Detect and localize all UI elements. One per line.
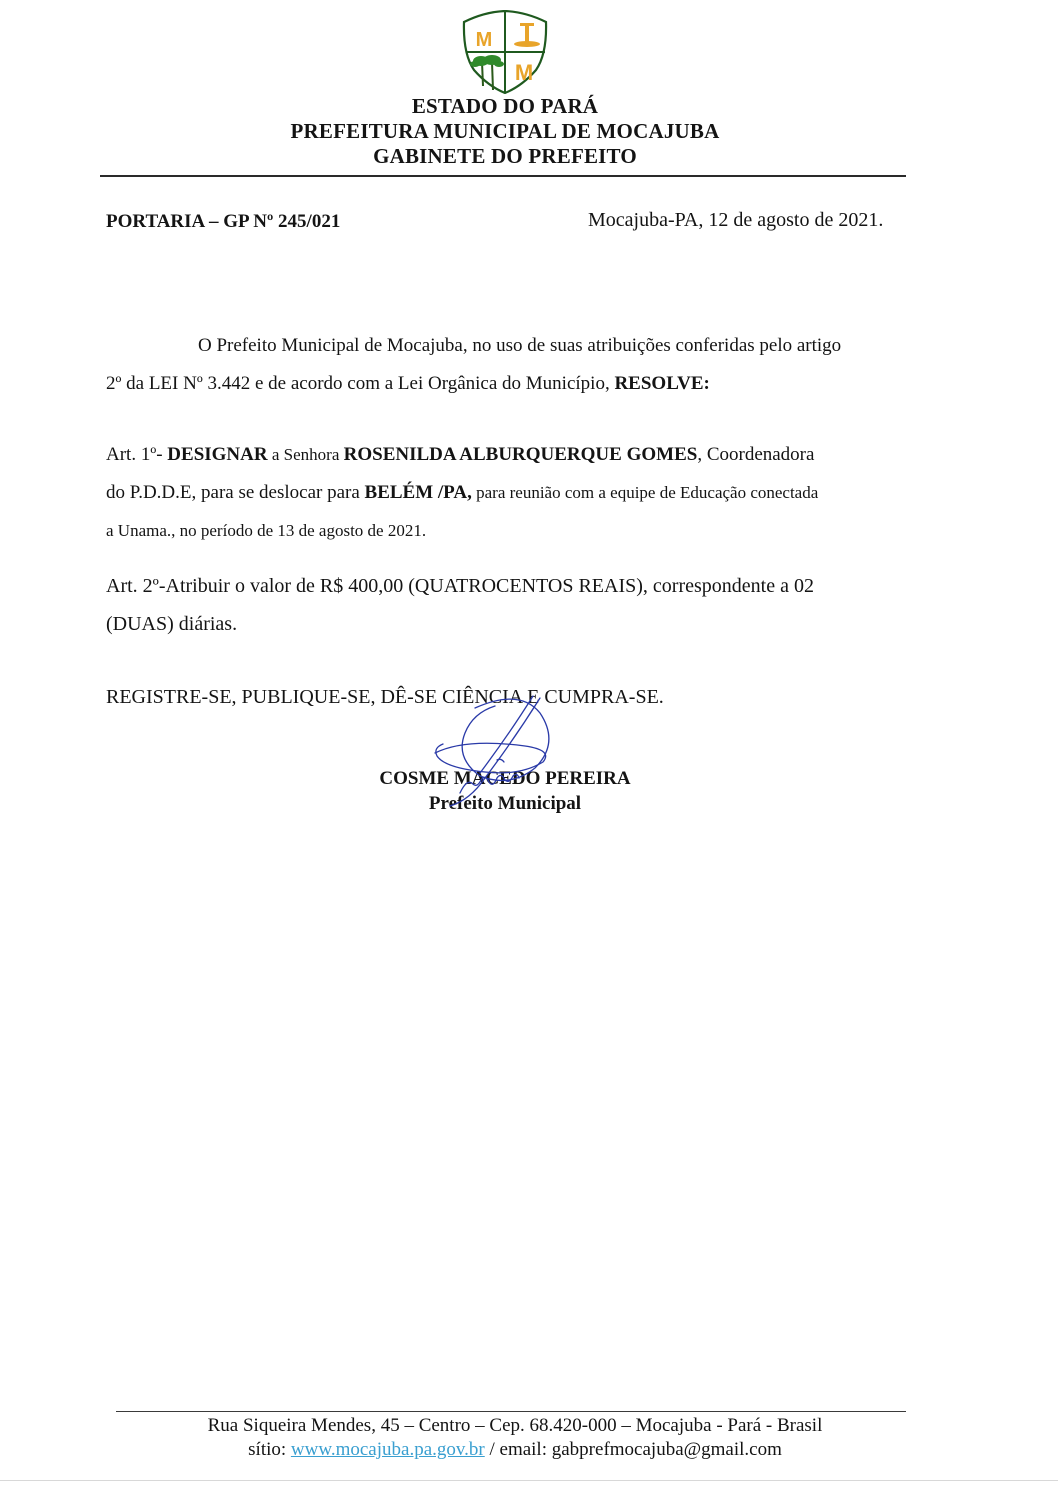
article-1-line-3: a Unama., no período de 13 de agosto de … [106, 512, 906, 550]
svg-text:M: M [476, 29, 493, 51]
article-1-line-2: do P.D.D.E, para se deslocar para BELÉM … [106, 474, 906, 512]
portaria-number: PORTARIA – GP Nº 245/021 [106, 211, 340, 233]
article-2-line-1: Art. 2º-Atribuir o valor de R$ 400,00 (Q… [106, 567, 906, 605]
header-state: ESTADO DO PARÁ [0, 94, 1010, 119]
preamble-line-2: 2º da LEI Nº 3.442 e de acordo com a Lei… [106, 365, 906, 403]
preamble-line-1: O Prefeito Municipal de Mocajuba, no uso… [106, 327, 906, 365]
resolve-keyword: RESOLVE: [614, 373, 709, 394]
footer: Rua Siqueira Mendes, 45 – Centro – Cep. … [0, 1414, 1030, 1462]
footer-divider [116, 1411, 906, 1412]
letterhead: ESTADO DO PARÁ PREFEITURA MUNICIPAL DE M… [0, 94, 1010, 169]
website-link[interactable]: www.mocajuba.pa.gov.br [291, 1439, 485, 1460]
article-1-line-1: Art. 1º- DESIGNAR a Senhora ROSENILDA AL… [106, 436, 906, 474]
header-divider [100, 175, 906, 177]
header-prefecture: PREFEITURA MUNICIPAL DE MOCAJUBA [0, 119, 1010, 144]
header-office: GABINETE DO PREFEITO [0, 144, 1010, 169]
article-1-line-2-pre: do P.D.D.E, para se deslocar para [106, 482, 365, 503]
article-1: Art. 1º- DESIGNAR a Senhora ROSENILDA AL… [106, 436, 906, 550]
signer-name: COSME MACEDO PEREIRA [0, 766, 1010, 791]
footer-address: Rua Siqueira Mendes, 45 – Centro – Cep. … [0, 1414, 1030, 1438]
footer-contact: sítio: www.mocajuba.pa.gov.br / email: g… [0, 1438, 1030, 1462]
site-label: sítio: [248, 1439, 291, 1460]
article-1-text-2: , Coordenadora [697, 444, 814, 465]
closing-text: REGISTRE-SE, PUBLIQUE-SE, DÊ-SE CIÊNCIA … [106, 678, 906, 716]
designee-name: ROSENILDA ALBURQUERQUE GOMES [344, 444, 698, 465]
document-date: Mocajuba-PA, 12 de agosto de 2021. [588, 209, 883, 232]
closing-statement: REGISTRE-SE, PUBLIQUE-SE, DÊ-SE CIÊNCIA … [106, 678, 906, 716]
article-1-verb: DESIGNAR [167, 444, 267, 465]
signer-block: COSME MACEDO PEREIRA Prefeito Municipal [0, 766, 1010, 816]
signer-role: Prefeito Municipal [0, 791, 1010, 816]
municipal-crest-icon: M M [458, 10, 552, 94]
preamble-text: 2º da LEI Nº 3.442 e de acordo com a Lei… [106, 373, 614, 394]
article-2: Art. 2º-Atribuir o valor de R$ 400,00 (Q… [106, 567, 906, 643]
article-1-text-1: a Senhora [268, 445, 344, 464]
email-label: / email: [485, 1439, 552, 1460]
article-1-line-2-post: para reunião com a equipe de Educação co… [472, 483, 818, 502]
article-1-prefix: Art. 1º- [106, 444, 167, 465]
preamble-paragraph: O Prefeito Municipal de Mocajuba, no uso… [106, 327, 906, 403]
destination: BELÉM /PA, [365, 482, 472, 503]
svg-text:M: M [515, 60, 533, 85]
footer-email: gabprefmocajuba@gmail.com [552, 1439, 782, 1460]
scan-edge [0, 1480, 1058, 1481]
article-2-line-2: (DUAS) diárias. [106, 605, 906, 643]
